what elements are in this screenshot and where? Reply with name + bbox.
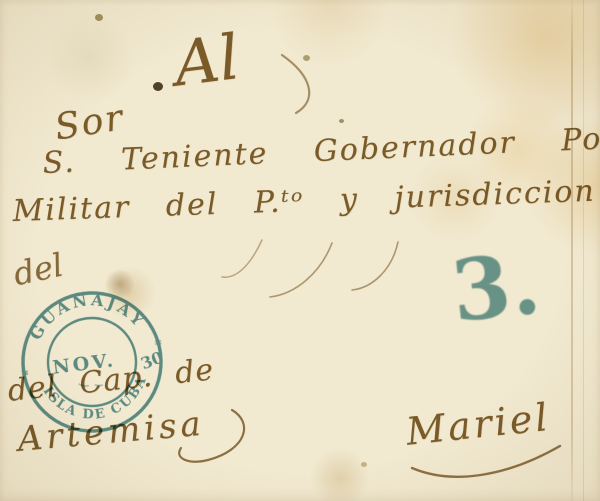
manuscript-salutation: Al: [170, 20, 243, 100]
paraph-flourish: [179, 410, 244, 462]
datestamp-month: NOV.: [51, 349, 117, 379]
fold-line-right: [571, 0, 573, 501]
datestamp-outer-ring: [15, 285, 169, 439]
datestamp-town-text: GUANAJAY: [22, 283, 151, 345]
salutation-tail-flourish: [282, 55, 309, 113]
manuscript-address-line2: Militar del P.ᵗᵒ y jurisdiccion: [12, 174, 596, 229]
manuscript-sender-line2: Artemisa: [16, 404, 206, 460]
manuscript-honorific: Sor: [52, 97, 127, 148]
datestamp-day: 30: [138, 347, 166, 373]
datestamp-faint-year-marks: [79, 381, 103, 388]
manuscript-destination: Mariel: [404, 395, 552, 454]
datestamp-ornament-left-icon: ✱: [21, 369, 30, 380]
manuscript-connector: del: [10, 246, 66, 293]
destination-underline-flourish: [412, 446, 560, 477]
rate-marking-3: 3.: [447, 234, 545, 342]
ink-speck: [95, 14, 103, 21]
descender-flourish: [222, 240, 262, 277]
ink-speck: [339, 119, 344, 123]
ink-speck: [361, 462, 367, 467]
guanajay-datestamp: GUANAJAY ISLA DE CUBA NOV. 30 ✱ ✱: [3, 273, 181, 451]
descender-flourish: [352, 242, 398, 290]
ink-speck: [303, 55, 310, 61]
ink-blot: [153, 82, 163, 91]
datestamp-ornament-right-icon: ✱: [154, 338, 163, 349]
descender-flourish: [270, 243, 332, 297]
datestamp-island-text: ISLA DE CUBA: [39, 372, 155, 429]
datestamp-town-arc: GUANAJAY: [22, 283, 151, 345]
fold-line-right-secondary: [583, 0, 584, 501]
manuscript-sender-line1: del Cap. de: [6, 352, 216, 408]
datestamp-inner-ring: [43, 313, 141, 411]
datestamp-island-arc: ISLA DE CUBA: [39, 372, 155, 429]
ink-flourishes: [0, 0, 600, 501]
postal-cover: Al Sor S. Teniente Gobernador Pol.ᶜᵒ Mil…: [0, 0, 600, 501]
manuscript-address-line1: S. Teniente Gobernador Pol.ᶜᵒ: [42, 119, 600, 181]
